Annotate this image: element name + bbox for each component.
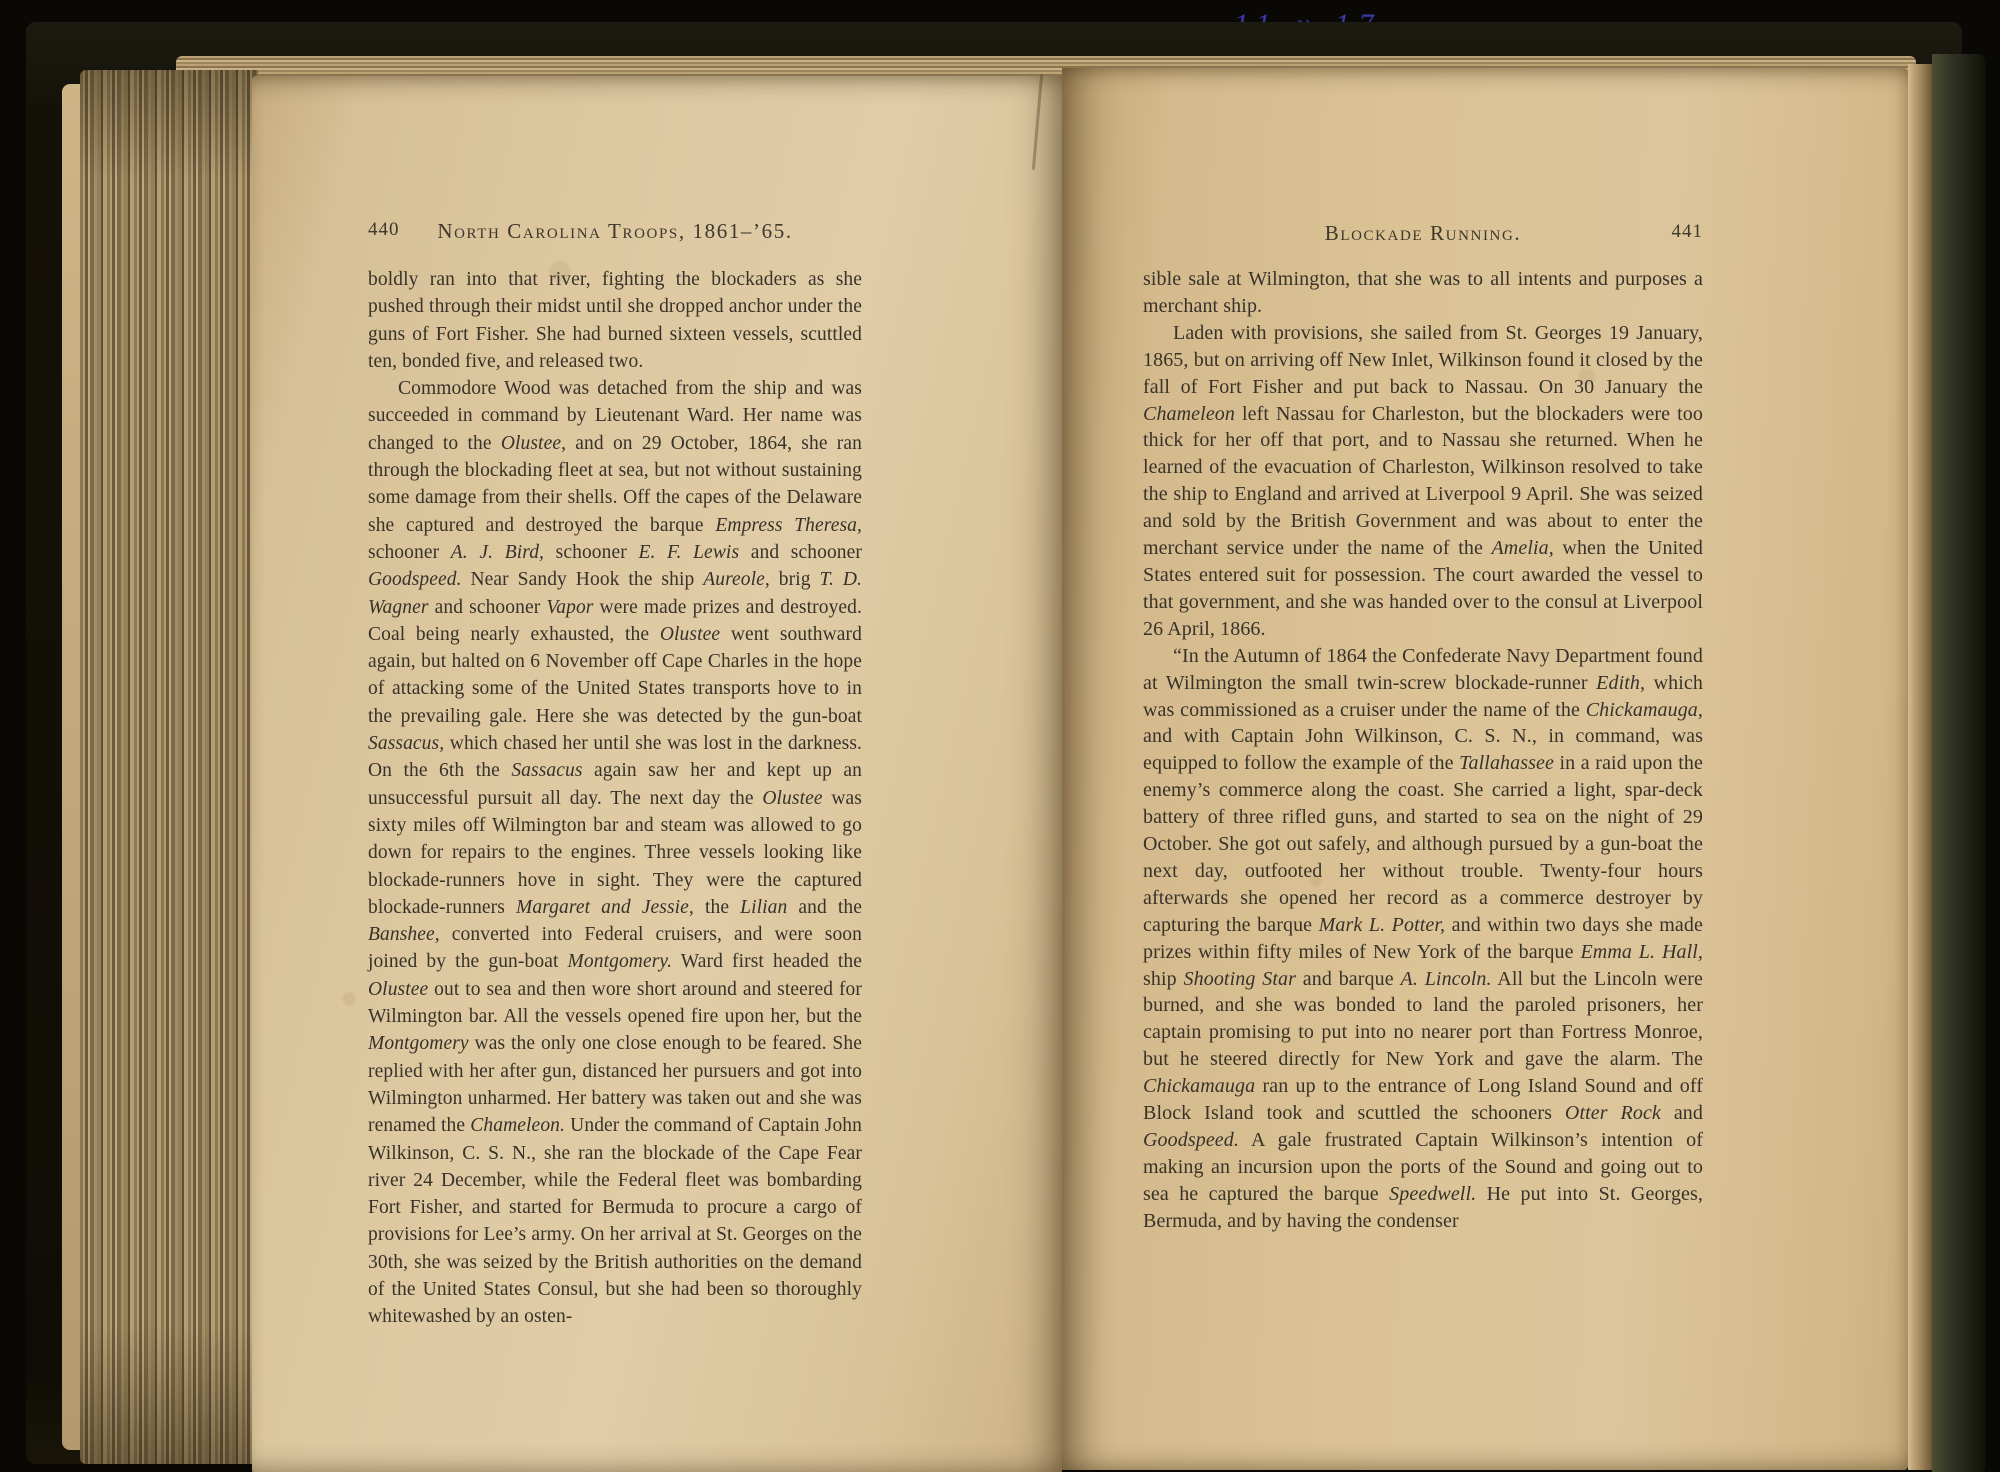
left-page-number: 440 [368,219,400,241]
right-page-number: 441 [1672,221,1704,243]
left-page-text: boldly ran into that river, fighting the… [368,266,862,1331]
right-running-header-row: Blockade Running. 441 [1143,221,1703,251]
book-photograph: ← 11 x 17 → 440 North Carolina Troops, 1… [0,0,2000,1472]
paragraph: “In the Autumn of 1864 the Confederate N… [1143,643,1703,1235]
right-running-header: Blockade Running. [1143,221,1703,246]
outer-page-edge [62,84,80,1450]
left-running-header: North Carolina Troops, 1861–’65. [368,219,862,244]
paragraph: boldly ran into that river, fighting the… [368,266,862,375]
book-cover-right [1932,54,1986,1472]
right-page-block-edge [1908,64,1932,1470]
paragraph: Commodore Wood was detached from the shi… [368,375,862,1330]
paragraph: Laden with provisions, she sailed from S… [1143,320,1703,643]
left-running-header-row: 440 North Carolina Troops, 1861–’65. [368,219,862,249]
right-page-text: sible sale at Wilmington, that she was t… [1143,266,1703,1235]
page-stack-fore-edge [80,70,258,1464]
paragraph: sible sale at Wilmington, that she was t… [1143,266,1703,320]
